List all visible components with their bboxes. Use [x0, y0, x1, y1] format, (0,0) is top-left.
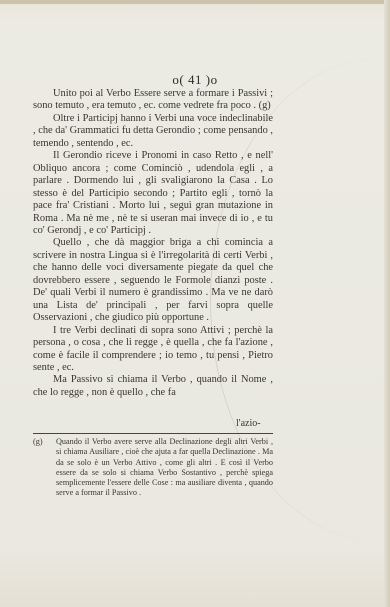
- footnote: (g) Quando il Verbo avere serve alla Dec…: [33, 437, 273, 499]
- paragraph: Oltre i Participj hanno i Verbi una voce…: [33, 113, 273, 150]
- paragraph: Quello , che dà maggior briga a chi comi…: [33, 237, 273, 324]
- footnote-mark: (g): [33, 437, 43, 447]
- main-text: Unito poi al Verbo Essere serve a formar…: [33, 88, 273, 399]
- paragraph: Unito poi al Verbo Essere serve a formar…: [33, 88, 273, 113]
- book-page: o( 41 )o Unito poi al Verbo Essere serve…: [0, 0, 390, 607]
- paragraph: Il Gerondio riceve i Pronomi in caso Ret…: [33, 150, 273, 237]
- paragraph: Ma Passivo si chiama il Verbo , quando i…: [33, 374, 273, 399]
- footnote-rule: [33, 433, 273, 434]
- paragraph: I tre Verbi declinati di sopra sono Atti…: [33, 325, 273, 375]
- footnote-text: Quando il Verbo avere serve alla Declina…: [56, 437, 273, 499]
- page-number-header: o( 41 )o: [0, 72, 390, 88]
- page-top-edge: [0, 0, 390, 4]
- catchword: l'azio-: [236, 418, 261, 429]
